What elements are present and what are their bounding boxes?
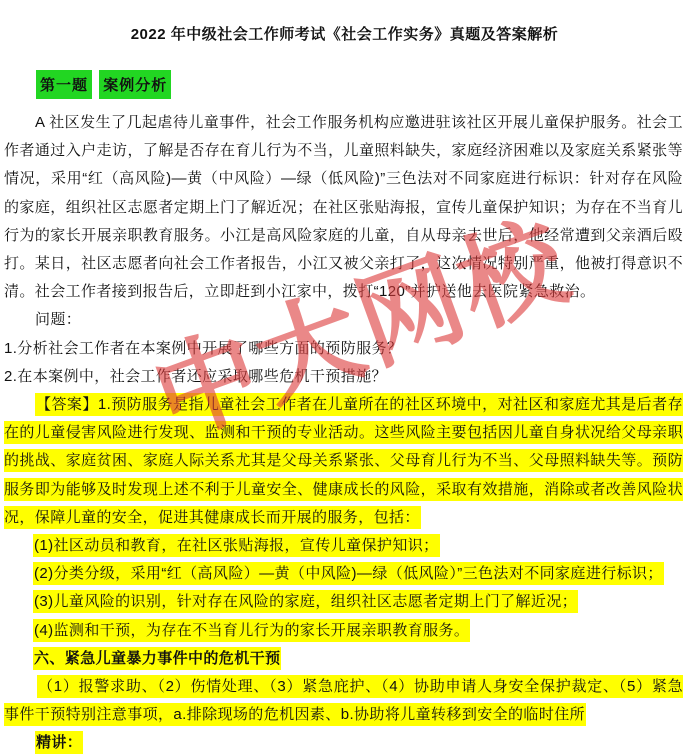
document-page: 2022 年中级社会工作师考试《社会工作实务》真题及答案解析 第一题 案例分析 … (0, 0, 689, 755)
crisis-subheading: 六、紧急儿童暴力事件中的危机干预 (33, 645, 683, 673)
answer-item-2: (2)分类分级，采用“红（高风险）—黄（中风险)—绿（低风险）”三色法对不同家庭… (33, 560, 683, 588)
answer-item-4: (4)监测和干预，为存在不当育儿行为的家长开展亲职教育服务。 (33, 617, 683, 645)
case-paragraph: A 社区发生了几起虐待儿童事件，社会工作服务机构应邀进驻该社区开展儿童保护服务。… (4, 109, 683, 306)
answer-paragraph: 【答案】1.预防服务是指儿童社会工作者在儿童所在的社区环境中，对社区和家庭尤其是… (4, 391, 683, 532)
crisis-paragraph: （1）报警求助、（2）伤情处理、（3）紧急庇护、（4）协助申请人身安全保护裁定、… (4, 673, 683, 729)
lecture-label-text: 精讲： (35, 731, 83, 754)
document-title: 2022 年中级社会工作师考试《社会工作实务》真题及答案解析 (0, 0, 689, 44)
question-number-label: 第一题 (36, 70, 92, 99)
answer-item-3: (3)儿童风险的识别，针对存在风险的家庭，组织社区志愿者定期上门了解近况； (33, 588, 683, 616)
question-2: 2.在本案例中，社会工作者还应采取哪些危机干预措施？ (4, 363, 683, 391)
question-1: 1.分析社会工作者在本案例中开展了哪些方面的预防服务？ (4, 335, 683, 363)
lecture-label: 精讲： (4, 729, 683, 755)
section-heading: 第一题 案例分析 (36, 70, 689, 99)
crisis-subheading-text: 六、紧急儿童暴力事件中的危机干预 (33, 647, 281, 670)
answer-item-1: (1)社区动员和教育，在社区张贴海报，宣传儿童保护知识； (33, 532, 683, 560)
answer-item-2-text: (2)分类分级，采用“红（高风险）—黄（中风险)—绿（低风险）”三色法对不同家庭… (33, 562, 664, 585)
question-type-label: 案例分析 (99, 70, 171, 99)
document-body: A 社区发生了几起虐待儿童事件，社会工作服务机构应邀进驻该社区开展儿童保护服务。… (4, 109, 683, 755)
answer-item-3-text: (3)儿童风险的识别，针对存在风险的家庭，组织社区志愿者定期上门了解近况； (33, 590, 578, 613)
crisis-paragraph-text: （1）报警求助、（2）伤情处理、（3）紧急庇护、（4）协助申请人身安全保护裁定、… (4, 675, 683, 726)
answer-intro-text: 【答案】1.预防服务是指儿童社会工作者在儿童所在的社区环境中，对社区和家庭尤其是… (4, 393, 683, 529)
answer-item-1-text: (1)社区动员和教育，在社区张贴海报，宣传儿童保护知识； (33, 534, 440, 557)
questions-label: 问题： (4, 306, 683, 334)
answer-item-4-text: (4)监测和干预，为存在不当育儿行为的家长开展亲职教育服务。 (33, 619, 470, 642)
